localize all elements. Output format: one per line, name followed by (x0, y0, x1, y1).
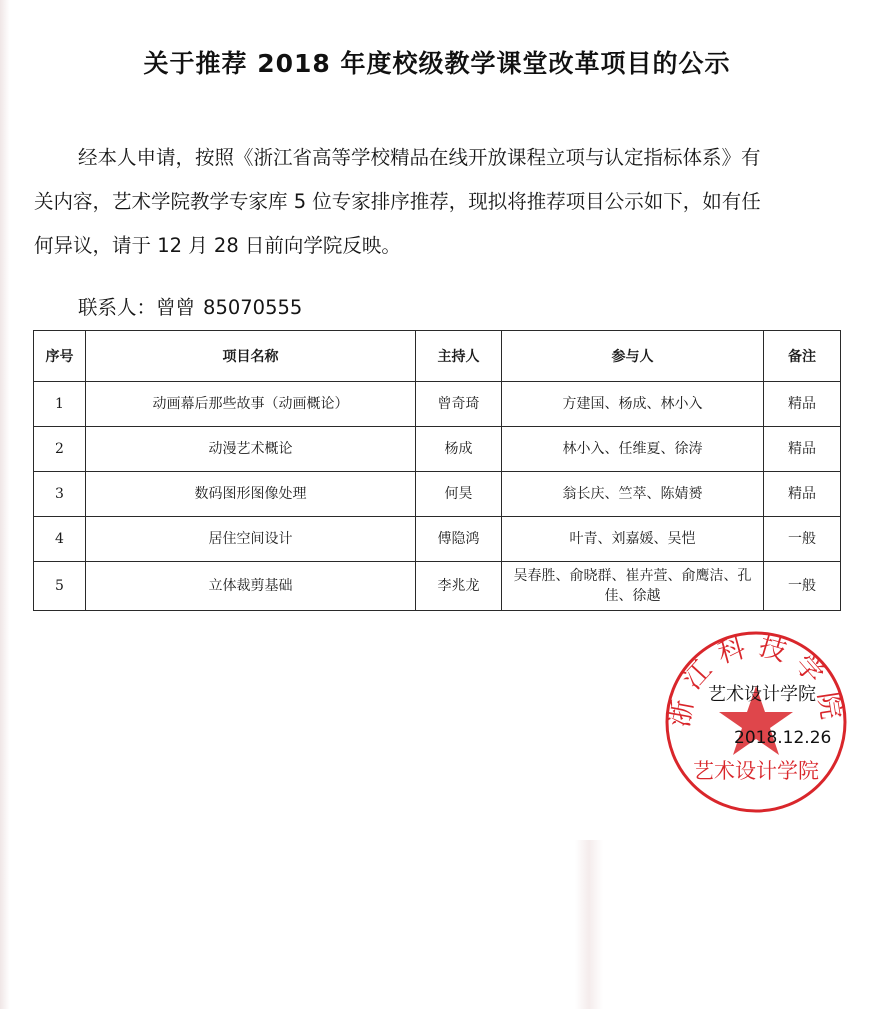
contact-name: 曾曾 (156, 296, 195, 319)
announcement-paragraph: 经本人申请，按照《浙江省高等学校精品在线开放课程立项与认定指标体系》有 关内容，… (34, 136, 834, 268)
table-row: 1 动画幕后那些故事（动画概论） 曾奇琦 方建国、杨成、林小入 精品 (34, 382, 841, 427)
cell-note: 一般 (764, 562, 841, 611)
header-host: 主持人 (416, 331, 502, 382)
scan-edge-shadow (0, 0, 10, 1009)
cell-host: 李兆龙 (416, 562, 502, 611)
header-note: 备注 (764, 331, 841, 382)
cell-participants: 翁长庆、竺萃、陈婧赟 (502, 472, 764, 517)
cell-host: 曾奇琦 (416, 382, 502, 427)
cell-no: 4 (34, 517, 86, 562)
cell-participants: 方建国、杨成、林小入 (502, 382, 764, 427)
cell-note: 精品 (764, 427, 841, 472)
cell-participants: 叶青、刘嘉媛、吴恺 (502, 517, 764, 562)
cell-no: 3 (34, 472, 86, 517)
signature-department: 艺术设计学院 (708, 680, 816, 706)
cell-project: 数码图形图像处理 (86, 472, 416, 517)
contact-label: 联系人： (78, 296, 156, 319)
cell-host: 何昊 (416, 472, 502, 517)
header-participants: 参与人 (502, 331, 764, 382)
cell-project: 居住空间设计 (86, 517, 416, 562)
cell-note: 一般 (764, 517, 841, 562)
seal-bottom-text: 艺术设计学院 (693, 759, 819, 783)
cell-note: 精品 (764, 472, 841, 517)
projects-table: 序号 项目名称 主持人 参与人 备注 1 动画幕后那些故事（动画概论） 曾奇琦 … (33, 330, 841, 611)
cell-no: 5 (34, 562, 86, 611)
header-project: 项目名称 (86, 331, 416, 382)
cell-host: 杨成 (416, 427, 502, 472)
contact-line: 联系人：曾曾85070555 (78, 292, 302, 320)
cell-participants: 林小入、任维夏、徐涛 (502, 427, 764, 472)
cell-no: 1 (34, 382, 86, 427)
cell-note: 精品 (764, 382, 841, 427)
signature-date: 2018.12.26 (734, 728, 831, 748)
table-row: 4 居住空间设计 傅隐鸿 叶青、刘嘉媛、吴恺 一般 (34, 517, 841, 562)
header-no: 序号 (34, 331, 86, 382)
cell-no: 2 (34, 427, 86, 472)
contact-phone: 85070555 (203, 296, 302, 319)
cell-host: 傅隐鸿 (416, 517, 502, 562)
table-row: 5 立体裁剪基础 李兆龙 吴春胜、俞晓群、崔卉萱、俞鹰洁、孔佳、徐越 一般 (34, 562, 841, 611)
seal-graphic: 浙江科技学院 艺术设计学院 (662, 628, 850, 816)
cell-project: 动漫艺术概论 (86, 427, 416, 472)
cell-project: 立体裁剪基础 (86, 562, 416, 611)
paragraph-line: 关内容，艺术学院教学专家库 5 位专家排序推荐，现拟将推荐项目公示如下，如有任 (34, 180, 834, 224)
paragraph-line: 经本人申请，按照《浙江省高等学校精品在线开放课程立项与认定指标体系》有 (34, 136, 834, 180)
table-row: 2 动漫艺术概论 杨成 林小入、任维夏、徐涛 精品 (34, 427, 841, 472)
cell-participants: 吴春胜、俞晓群、崔卉萱、俞鹰洁、孔佳、徐越 (502, 562, 764, 611)
scan-artifact (575, 840, 603, 1009)
official-seal: 浙江科技学院 艺术设计学院 (662, 628, 850, 816)
paragraph-line: 何异议，请于 12 月 28 日前向学院反映。 (34, 224, 834, 268)
table-row: 3 数码图形图像处理 何昊 翁长庆、竺萃、陈婧赟 精品 (34, 472, 841, 517)
page-title: 关于推荐 2018 年度校级教学课堂改革项目的公示 (0, 44, 874, 80)
cell-project: 动画幕后那些故事（动画概论） (86, 382, 416, 427)
table-header-row: 序号 项目名称 主持人 参与人 备注 (34, 331, 841, 382)
